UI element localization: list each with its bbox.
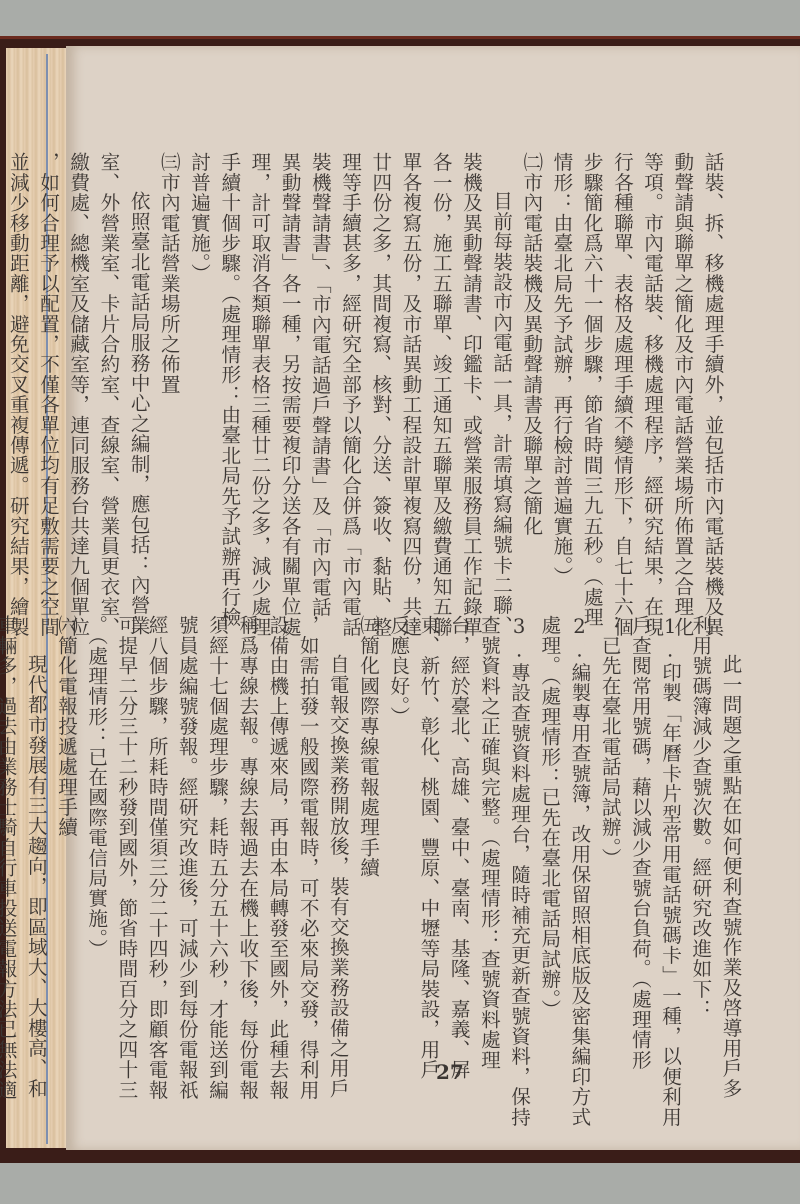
text-column: 須經十七個處理步驟，耗時五分五十六秒，才能送到編 xyxy=(201,615,231,1065)
text-column: ，如何合理予以配置，不僅各單位均有足敷需要之空間 xyxy=(32,152,62,602)
text-column: 繳費處、總機室及儲藏室等，連同服務台共達九個單位 xyxy=(63,152,93,602)
text-column: 動聲請與聯單之簡化及市內電話營業場所佈置之合理化 xyxy=(667,152,697,602)
text-column: 現代都市發展有三大趨向，即區域大、大樓高、和 xyxy=(20,615,50,1065)
text-column: 處理。（處理情形：已先在臺北電話局試辦。） xyxy=(534,615,564,1065)
text-column: 各一份，施工五聯單、竣工通知五聯單及繳費通知五聯 xyxy=(425,152,455,602)
text-column: 等項。市內電話裝、移機處理程序，經研究結果，在現 xyxy=(636,152,666,602)
text-column: 利用號碼簿減少查號次數。經研究改進如下： xyxy=(685,615,715,1065)
text-column: 台，經於臺北、高雄、臺中、臺南、基隆、嘉義、屏 xyxy=(443,615,473,1065)
text-column: 設備由機上傳遞來局，再由本局轉發至國外，此種去報 xyxy=(262,615,292,1065)
text-column: 手續十個步驟。（處理情形：由臺北局先予試辦再行檢 xyxy=(214,152,244,602)
text-column: 並減少移動距離，避免交叉重複傳遞。研究結果，繪製 xyxy=(2,152,32,602)
list-item-2: 2.編製專用查號簿，改用保留照相底版及密集編印方式 xyxy=(564,615,594,1065)
text-column: 行各種聯單、表格及處理手續不變情形下，自七十六個 xyxy=(606,152,636,602)
text-column: ：已先在臺北電話局試辦。） xyxy=(594,615,624,1065)
text-column: 單各複寫五份，及市話異動工程設計單複寫四份，共達 xyxy=(395,152,425,602)
text-column: 經八個步驟，所耗時間僅須三分二十四秒，即顧客電報 xyxy=(141,615,171,1065)
text-column: 兩種標準配置圖，以供將來設計服務大樓之參考。（處 xyxy=(0,152,2,602)
top-text-block: 話裝、拆、移機處理手續外，並包括市內電話裝機及異 動聲請與聯單之簡化及市內電話營… xyxy=(0,152,727,602)
text-column: 戶查閱常用號碼，藉以減少查號台負荷。（處理情形 xyxy=(624,615,654,1065)
text-column: 自電報交換業務開放後，裝有交換業務設備之用戶 xyxy=(322,615,352,1065)
text-column: 異動聲請書」各一種，另按需要複印分送各有關單位處 xyxy=(274,152,304,602)
text-column: 討普遍實施。） xyxy=(183,152,213,602)
text-column: 裝機聲請書」、「市內電話過戶聲請書」及「市內電話 xyxy=(304,152,334,602)
text-column: ，如需拍發一般國際電報時，可不必來局交發，得利用 xyxy=(292,615,322,1065)
text-column: 。（處理情形：已在國際電信局實施。） xyxy=(81,615,111,1065)
text-column: 情形：由臺北局先予試辦，再行檢討普遍實施。） xyxy=(546,152,576,602)
section-heading-2: ㈡市內電話裝機及異動聲請書及聯單之簡化 xyxy=(516,152,546,602)
text-column: 目前每裝設市內電話一具，計需填寫編號卡二聯、 xyxy=(485,152,515,602)
text-column: 步驟簡化爲六十一個步驟，節省時間三九五秒。（處理 xyxy=(576,152,606,602)
page-number: 27 xyxy=(436,1060,464,1084)
section-heading-6: ㈥簡化電報投遞處理手續 xyxy=(50,615,80,1065)
text-column: 稱爲專線去報。專線去報過去在機上收下後，每份電報 xyxy=(232,615,262,1065)
list-item-1: 1.印製「年曆卡片型常用電話號碼卡」一種，以便利用 xyxy=(654,615,684,1065)
text-column: 理，計可取消各類聯單表格三種廿二份之多，減少處理 xyxy=(244,152,274,602)
section-heading-5: ㈤簡化國際專線電報處理手續 xyxy=(352,615,382,1065)
text-column: 理等手續甚多，經研究全部予以簡化合併爲「市內電話 xyxy=(334,152,364,602)
text-column: 裝機及異動聲請書、印鑑卡、或營業服務員工作記錄單 xyxy=(455,152,485,602)
text-column: 反應良好。） xyxy=(383,615,413,1065)
text-column: 號員處編號發報。經研究改進後，可減少到每份電報祇 xyxy=(171,615,201,1065)
text-column: 可提早二分三十二秒發到國外，節省時間百分之四十三 xyxy=(111,615,141,1065)
text-column: 廿四份之多，其間複寫、核對、分送、簽收、黏貼、整 xyxy=(365,152,395,602)
text-column: 室、外營業室、卡片合約室、查線室、營業員更衣室、 xyxy=(93,152,123,602)
text-column: 話裝、拆、移機處理手續外，並包括市內電話裝機及異 xyxy=(697,152,727,602)
bottom-text-block: 此一問題之重點在如何便利查號作業及啓導用戶多 利用號碼簿減少查號次數。經研究改進… xyxy=(0,615,745,1065)
text-column: 東、新竹、彰化、桃園、豐原、中壢等局裝設，用戶 xyxy=(413,615,443,1065)
text-column: 此一問題之重點在如何便利查號作業及啓導用戶多 xyxy=(715,615,745,1065)
text-column: 車輛多，過去由業務士騎自行車投送電報方法已無法適 xyxy=(0,615,20,1065)
section-heading-3: ㈢市內電話營業場所之佈置 xyxy=(153,152,183,602)
list-item-3: 3.專設查號資料處理台，隨時補充更新查號資料，保持 xyxy=(503,615,533,1065)
text-column: 查號資料之正確與完整。（處理情形：查號資料處理 xyxy=(473,615,503,1065)
text-column: 依照臺北電話局服務中心之編制，應包括：內營業 xyxy=(123,152,153,602)
